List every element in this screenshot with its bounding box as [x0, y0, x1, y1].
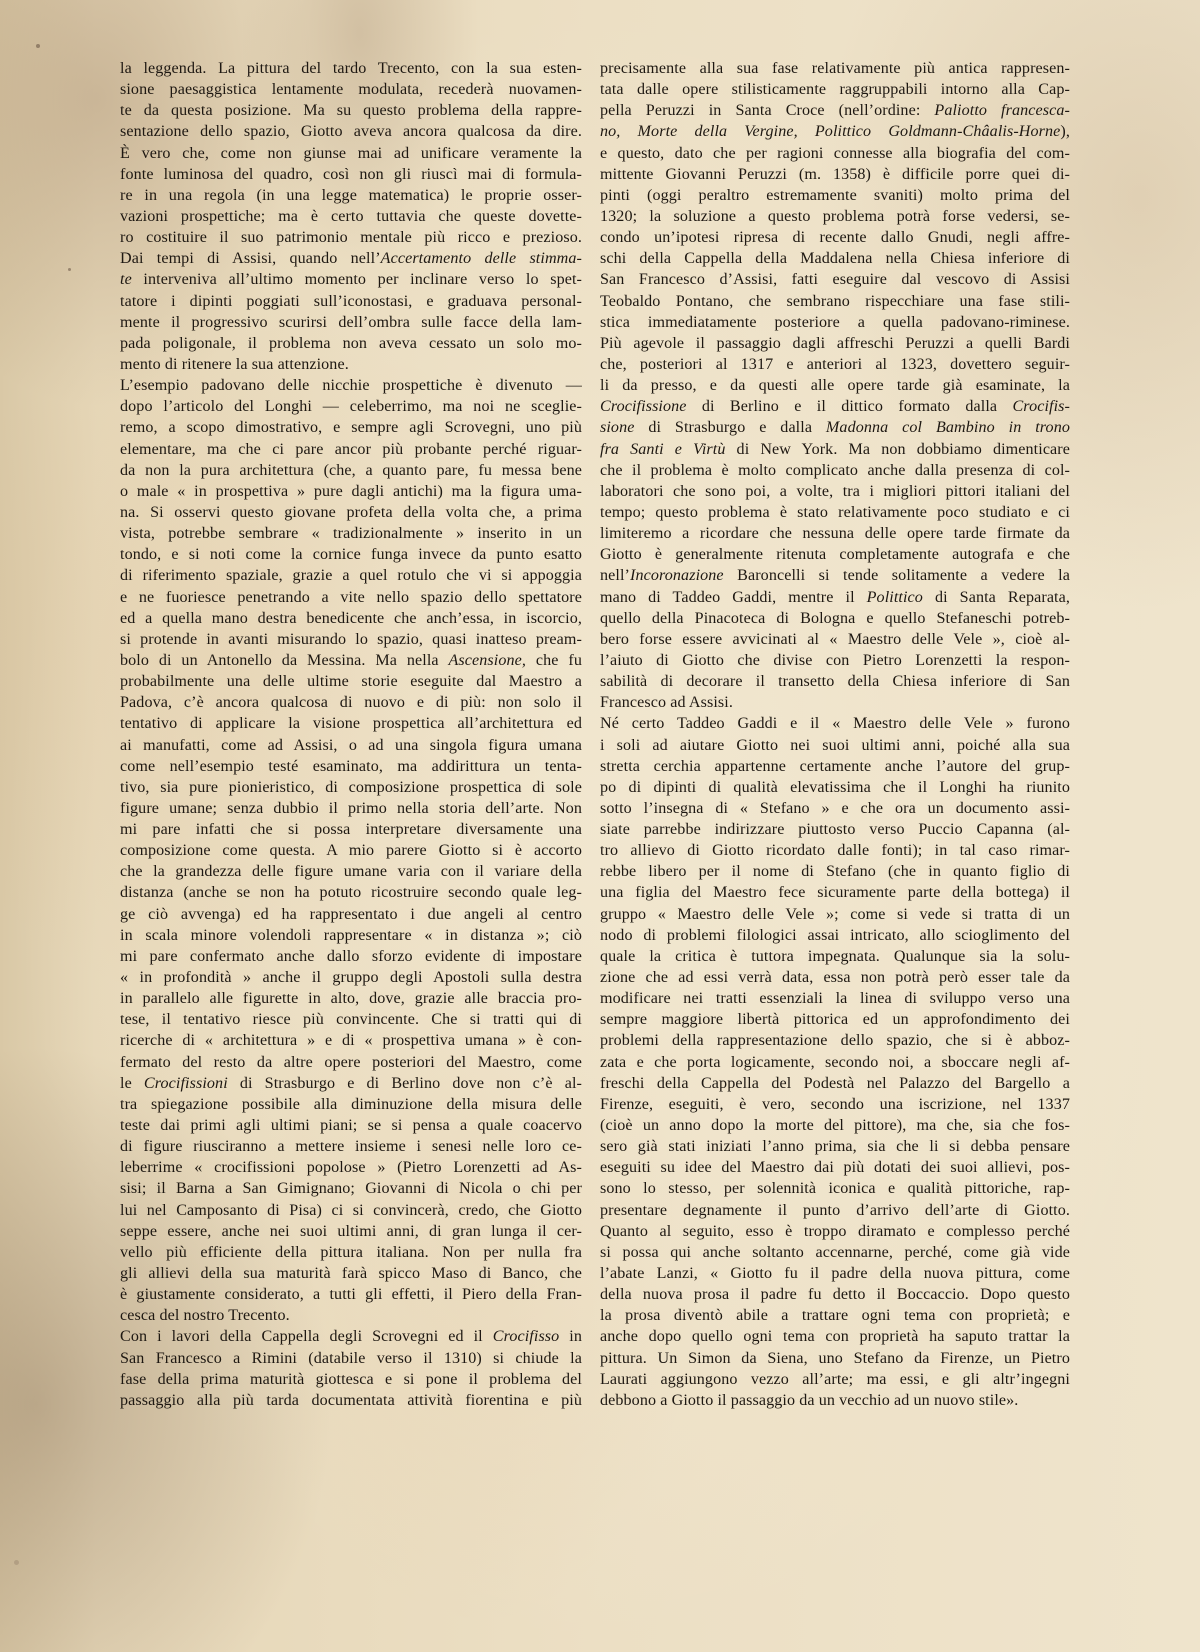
text-line: dopo l’articolo del Longhi — celeberrimo… [120, 396, 582, 417]
italic-title: Incoronazione [630, 567, 724, 584]
text-run: di New York. Ma non dobbiamo dimenticare [725, 441, 1070, 458]
paper-speck [14, 1560, 19, 1565]
italic-title: Crocifis- [1012, 398, 1070, 415]
text-line: figure umane; senza dubbio il primo nell… [120, 798, 582, 819]
text-line: sempre maggiore libertà pittorica ed un … [600, 1009, 1070, 1030]
text-line: pella Peruzzi in Santa Croce (nell’ordin… [600, 100, 1070, 121]
text-line: tata dalle opere stilisticamente raggrup… [600, 79, 1070, 100]
text-line: Con i lavori della Cappella degli Scrove… [120, 1326, 582, 1347]
text-line: fase della prima maturità giottesca e si… [120, 1369, 582, 1390]
text-line: sotto l’insegna di « Stefano » e che ora… [600, 798, 1070, 819]
document-page: la leggenda. La pittura del tardo Trecen… [120, 58, 1070, 1411]
italic-title: Crocifissione [600, 398, 687, 415]
text-line: fermato del resto da altre opere posteri… [120, 1052, 582, 1073]
text-line: una figlia del Maestro fece sicuramente … [600, 882, 1070, 903]
text-line: stica immediatamente posteriore a quella… [600, 312, 1070, 333]
text-line: e questo, dato che per ragioni connesse … [600, 143, 1070, 164]
text-line: come nell’esempio testé esaminato, ma ad… [120, 756, 582, 777]
text-line: vazioni prospettiche; ma è certo tuttavi… [120, 206, 582, 227]
text-line: pittura. Un Simon da Siena, uno Stefano … [600, 1348, 1070, 1369]
italic-title: te [120, 271, 132, 288]
text-run: ), [1060, 123, 1070, 140]
text-column-right: precisamente alla sua fase relativamente… [600, 58, 1070, 1411]
text-line: bero forse essere avvicinati al « Maestr… [600, 629, 1070, 650]
text-line: la prosa diventò abile a trattare ogni t… [600, 1305, 1070, 1326]
text-line: debbono a Giotto il passaggio da un vecc… [600, 1390, 1070, 1411]
text-line: ricerche di « architettura » e di « pros… [120, 1030, 582, 1051]
text-line: Più agevole il passaggio dagli affreschi… [600, 333, 1070, 354]
text-line: da non la pura architettura (che, a quan… [120, 460, 582, 481]
text-line: te interveniva all’ultimo momento per in… [120, 269, 582, 290]
text-line: composizione come questa. A mio parere G… [120, 840, 582, 861]
text-run: di Berlino e il dittico formato dalla [687, 398, 1013, 415]
text-line: San Francesco a Rimini (databile verso i… [120, 1348, 582, 1369]
text-line: di riferimento spaziale, grazie a quel r… [120, 565, 582, 586]
text-line: pada poligonale, il problema non aveva c… [120, 333, 582, 354]
text-line: seppe essere, anche nei suoi ultimi anni… [120, 1221, 582, 1242]
text-line: tro allievo di Giotto ricordato dalle fo… [600, 840, 1070, 861]
text-line: della nuova prosa il padre fu detto il B… [600, 1284, 1070, 1305]
text-line: sentazione dello spazio, Giotto aveva an… [120, 121, 582, 142]
text-run: di Strasburgo e di Berlino dove non c’è … [228, 1075, 582, 1092]
text-run: Dai tempi di Assisi, quando nell’ [120, 250, 381, 267]
text-line: Firenze, eseguiti, è vero, secondo una i… [600, 1094, 1070, 1115]
text-line: nell’Incoronazione Baroncelli si tende s… [600, 565, 1070, 586]
italic-title: fra Santi e Virtù [600, 441, 725, 458]
text-line: stretta cerchia appartenne certamente an… [600, 756, 1070, 777]
text-line: ge ciò avvenga) ed ha rappresentato i du… [120, 904, 582, 925]
text-line: quello della Pinacoteca di Bologna e que… [600, 608, 1070, 629]
text-line: te da questa posizione. Ma su questo pro… [120, 100, 582, 121]
text-line: na. Si osservi questo giovane profeta de… [120, 502, 582, 523]
text-run: le [120, 1075, 144, 1092]
text-line: mano di Taddeo Gaddi, mentre il Polittic… [600, 587, 1070, 608]
text-line: che il problema è molto complicato anche… [600, 460, 1070, 481]
text-line: pinti (oggi peraltro estremamente svanit… [600, 185, 1070, 206]
text-line: laboratori che sono poi, a volte, tra i … [600, 481, 1070, 502]
text-line: Né certo Taddeo Gaddi e il « Maestro del… [600, 713, 1070, 734]
text-line: ro costituire il suo patrimonio mentale … [120, 227, 582, 248]
text-line: eseguiti su idee del Maestro dai più dot… [600, 1157, 1070, 1178]
text-run: di Santa Reparata, [923, 589, 1070, 606]
text-line: zione che ad essi verrà data, essa non p… [600, 967, 1070, 988]
text-run: di Strasburgo e dalla [634, 419, 825, 436]
italic-title: Ascensione, [449, 652, 527, 669]
text-line: vello più efficiente della pittura itali… [120, 1242, 582, 1263]
text-line: Teobaldo Pontano, che sembrano rispecchi… [600, 291, 1070, 312]
text-line: tatore i dipinti poggiati sull’iconostas… [120, 291, 582, 312]
text-line: tra spiegazione possibile alla diminuzio… [120, 1094, 582, 1115]
text-line: in scala minore volendoli rappresentare … [120, 925, 582, 946]
text-line: mi pare infatti che si possa interpretar… [120, 819, 582, 840]
text-line: zata e che porta logicamente, secondo no… [600, 1052, 1070, 1073]
text-line: presentare degnamente il punto d’arrivo … [600, 1200, 1070, 1221]
text-line: po di dipinti di qualità elevatissima ch… [600, 777, 1070, 798]
text-line: Quanto al seguito, esso è troppo diramat… [600, 1221, 1070, 1242]
paper-speck [36, 44, 40, 48]
text-line: precisamente alla sua fase relativamente… [600, 58, 1070, 79]
text-line: mi pare confermato anche dallo sforzo ev… [120, 946, 582, 967]
text-line: mittente Giovanni Peruzzi (m. 1358) è di… [600, 164, 1070, 185]
text-line: che, posteriori al 1317 e anteriori al 1… [600, 354, 1070, 375]
text-line: le Crocifissioni di Strasburgo e di Berl… [120, 1073, 582, 1094]
text-line: distanza (anche se non ha potuto ricostr… [120, 882, 582, 903]
text-line: tese, il tentativo riesce più convincent… [120, 1009, 582, 1030]
text-line: È vero che, come non giunse mai ad unifi… [120, 143, 582, 164]
text-line: Crocifissione di Berlino e il dittico fo… [600, 396, 1070, 417]
text-line: bolo di un Antonello da Messina. Ma nell… [120, 650, 582, 671]
text-line: ed a quella mano destra benedicente che … [120, 608, 582, 629]
italic-title: sione [600, 419, 634, 436]
text-line: rebbe libero per il nome di Stefano (che… [600, 861, 1070, 882]
text-line: di figure riusciranno a mettere insieme … [120, 1136, 582, 1157]
text-run: nell’ [600, 567, 630, 584]
text-run: che fu [526, 652, 582, 669]
text-line: gli allievi della sua maturità farà spic… [120, 1263, 582, 1284]
text-line: la leggenda. La pittura del tardo Trecen… [120, 58, 582, 79]
text-line: freschi della Cappella del Podestà nel P… [600, 1073, 1070, 1094]
italic-title: Crocifisso [493, 1328, 560, 1345]
text-line: nodo di problemi filologici assai intric… [600, 925, 1070, 946]
text-line: l’aiuto di Giotto che divise con Pietro … [600, 650, 1070, 671]
text-line: gruppo « Maestro delle Vele »; come si v… [600, 904, 1070, 925]
text-line: (cioè un anno dopo la morte del pittore)… [600, 1115, 1070, 1136]
text-line: siate parrebbe indirizzare piuttosto ver… [600, 819, 1070, 840]
italic-title: Polittico [867, 589, 923, 606]
text-line: tivo, sia pure pionieristico, di composi… [120, 777, 582, 798]
text-line: fonte luminosa del quadro, così non gli … [120, 164, 582, 185]
italic-title: Crocifissioni [144, 1075, 228, 1092]
text-line: teste dai primi agli ultimi piani; se si… [120, 1115, 582, 1136]
text-line: no, Morte della Vergine, Polittico Goldm… [600, 121, 1070, 142]
text-run: pella Peruzzi in Santa Croce (nell’ordin… [600, 102, 934, 119]
text-line: in parallelo alle figurette in alto, dov… [120, 988, 582, 1009]
text-line: San Francesco d’Assisi, fatti eseguire d… [600, 269, 1070, 290]
text-line: fra Santi e Virtù di New York. Ma non do… [600, 439, 1070, 460]
text-run: Baroncelli si tende solitamente a vedere… [724, 567, 1070, 584]
text-run: in [559, 1328, 582, 1345]
text-line: anche dopo quello ogni tema con propriet… [600, 1326, 1070, 1347]
italic-title: Paliotto francesca- [934, 102, 1070, 119]
text-line: sabilità di decorare il transetto della … [600, 671, 1070, 692]
text-line: tondo, e si noti come la cornice funga i… [120, 544, 582, 565]
text-line: che la grandezza delle figure umane vari… [120, 861, 582, 882]
text-line: probabilmente una delle ultime storie es… [120, 671, 582, 692]
text-line: « in profondità » anche il gruppo degli … [120, 967, 582, 988]
text-line: sisi; il Barna a San Gimignano; Giovanni… [120, 1178, 582, 1199]
text-line: sero già stati iniziati l’anno prima, si… [600, 1136, 1070, 1157]
text-line: sono lo stesso, per solennità iconica e … [600, 1178, 1070, 1199]
text-line: Giotto è generalmente ritenuta completam… [600, 544, 1070, 565]
paper-speck [68, 268, 71, 271]
text-line: leberrime « crocifissioni popolose » (Pi… [120, 1157, 582, 1178]
text-line: 1320; la soluzione a questo problema pot… [600, 206, 1070, 227]
text-line: remo, a scopo dimostrativo, e sempre agl… [120, 417, 582, 438]
text-line: si protende in avanti misurando lo spazi… [120, 629, 582, 650]
text-line: li da presso, e da questi alle opere tar… [600, 375, 1070, 396]
text-line: o male « in prospettiva » pure dagli ant… [120, 481, 582, 502]
text-line: schi della Cappella della Maddalena nell… [600, 248, 1070, 269]
text-line: i soli ad aiutare Giotto nei suoi ultimi… [600, 735, 1070, 756]
text-line: quale la critica è tuttora impegnata. Qu… [600, 946, 1070, 967]
text-run: bolo di un Antonello da Messina. Ma nell… [120, 652, 449, 669]
text-line: Dai tempi di Assisi, quando nell’Accerta… [120, 248, 582, 269]
text-line: vista, potrebbe sembrare « tradizionalme… [120, 523, 582, 544]
text-line: re in una regola (in una legge matematic… [120, 185, 582, 206]
text-line: tentativo di applicare la visione prospe… [120, 713, 582, 734]
text-line: limiteremo a ricordare che nessuna delle… [600, 523, 1070, 544]
text-line: ai manufatti, come ad Assisi, o ad una s… [120, 735, 582, 756]
text-line: e ne fuoriesce penetrando a vite nello s… [120, 587, 582, 608]
text-run: interveniva all’ultimo momento per incli… [132, 271, 582, 288]
text-line: passaggio alla più tarda documentata att… [120, 1390, 582, 1411]
text-line: mento di ritenere la sua attenzione. [120, 354, 582, 375]
text-line: elementare, ma che ci pare ancor più pro… [120, 439, 582, 460]
text-column-left: la leggenda. La pittura del tardo Trecen… [120, 58, 582, 1411]
text-line: si possa qui anche soltanto accennarne, … [600, 1242, 1070, 1263]
text-line: sione paesaggistica lentamente modulata,… [120, 79, 582, 100]
text-run: Con i lavori della Cappella degli Scrove… [120, 1328, 493, 1345]
text-line: condo un’ipotesi ripresa di recente dall… [600, 227, 1070, 248]
italic-title: Madonna col Bambino in trono [826, 419, 1070, 436]
text-line: mente il progressivo scurirsi dell’ombra… [120, 312, 582, 333]
text-line: Padova, c’è ancora qualcosa di nuovo e d… [120, 692, 582, 713]
text-line: Laurati aggiungono vezzo all’arte; ma es… [600, 1369, 1070, 1390]
italic-title: no, Morte della Vergine, Polittico Goldm… [600, 123, 1060, 140]
text-line: lui nel Camposanto di Pisa) ci si convin… [120, 1200, 582, 1221]
text-line: problemi della rappresentazione dello sp… [600, 1030, 1070, 1051]
italic-title: Accertamento delle stimma- [381, 250, 582, 267]
text-line: tempo; questo problema è stato relativam… [600, 502, 1070, 523]
text-line: modificare nei tratti essenziali la line… [600, 988, 1070, 1009]
text-run: mano di Taddeo Gaddi, mentre il [600, 589, 867, 606]
text-line: L’esempio padovano delle nicchie prospet… [120, 375, 582, 396]
text-line: l’abate Lanzi, « Giotto fu il padre dell… [600, 1263, 1070, 1284]
text-line: Francesco ad Assisi. [600, 692, 1070, 713]
text-line: è giustamente considerato, a tutti gli e… [120, 1284, 582, 1305]
text-line: cesca del nostro Trecento. [120, 1305, 582, 1326]
text-line: sione di Strasburgo e dalla Madonna col … [600, 417, 1070, 438]
